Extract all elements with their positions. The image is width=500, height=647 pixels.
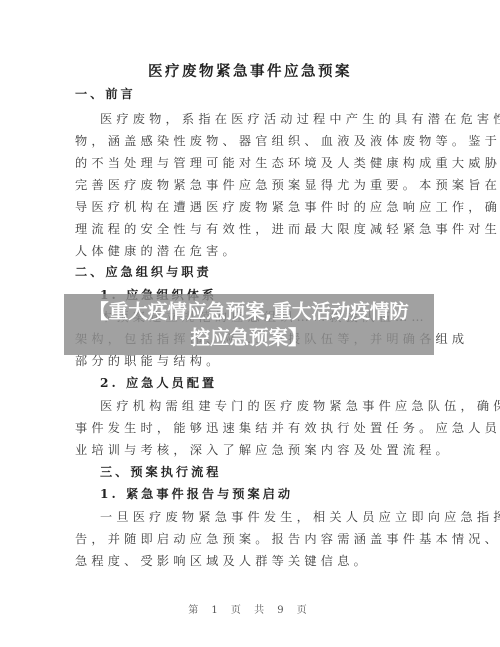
paragraph-line: 人体健康的潜在危害。 xyxy=(75,243,421,259)
paragraph-line: 的不当处理与管理可能对生态环境及人类健康构成重大威胁，构建并 xyxy=(75,155,421,171)
paragraph-line: 医疗机构需组建专门的医疗废物紧急事件应急队伍，确保在突发 xyxy=(100,398,446,414)
paragraph-line: 事件发生时，能够迅速集结并有效执行处置任务。应急人员需接受专 xyxy=(75,420,421,436)
section-heading-preface: 一、前言 xyxy=(75,86,421,102)
paragraph-line: 理流程的安全性与有效性，进而最大限度减轻紧急事件对生态环境及 xyxy=(75,221,421,237)
paragraph-line: 医疗废物，系指在医疗活动过程中产生的具有潜在危害性的废弃 xyxy=(100,111,446,127)
banner-title-line-2: 控应急预案】 xyxy=(66,325,432,351)
section-heading-organization: 二、应急组织与职责 xyxy=(75,264,421,280)
title-overlay-banner: 【重大疫情应急预案,重大活动疫情防 控应急预案】 xyxy=(64,294,434,355)
subsection-heading: 1. 紧急事件报告与预案启动 xyxy=(100,486,446,502)
paragraph-line: 急程度、受影响区域及人群等关键信息。 xyxy=(75,553,421,569)
page-number-footer: 第 1 页 共 9 页 xyxy=(0,601,500,616)
paragraph-line: 导医疗机构在遭遇医疗废物紧急事件时的应急响应工作，确保废物处 xyxy=(75,199,421,215)
paragraph-line: 完善医疗废物紧急事件应急预案显得尤为重要。本预案旨在规范并引 xyxy=(75,177,421,193)
section-heading-procedure: 三、预案执行流程 xyxy=(100,464,446,480)
paragraph-line: 物，涵盖感染性废物、器官组织、血液及液体废物等。鉴于医疗废物 xyxy=(75,133,421,149)
paragraph-line: 一旦医疗废物紧急事件发生，相关人员应立即向应急指挥部门报 xyxy=(100,509,446,525)
paragraph-line: 部分的职能与结构。 xyxy=(75,353,421,369)
banner-title-line-1: 【重大疫情应急预案,重大活动疫情防 xyxy=(66,299,432,325)
subsection-heading: 2. 应急人员配置 xyxy=(100,375,446,391)
paragraph-line: 告，并随即启动应急预案。报告内容需涵盖事件基本情况、等级与紧 xyxy=(75,531,421,547)
document-title: 医疗废物紧急事件应急预案 xyxy=(0,60,500,81)
paragraph-line: 业培训与考核，深入了解应急预案内容及处置流程。 xyxy=(75,442,421,458)
